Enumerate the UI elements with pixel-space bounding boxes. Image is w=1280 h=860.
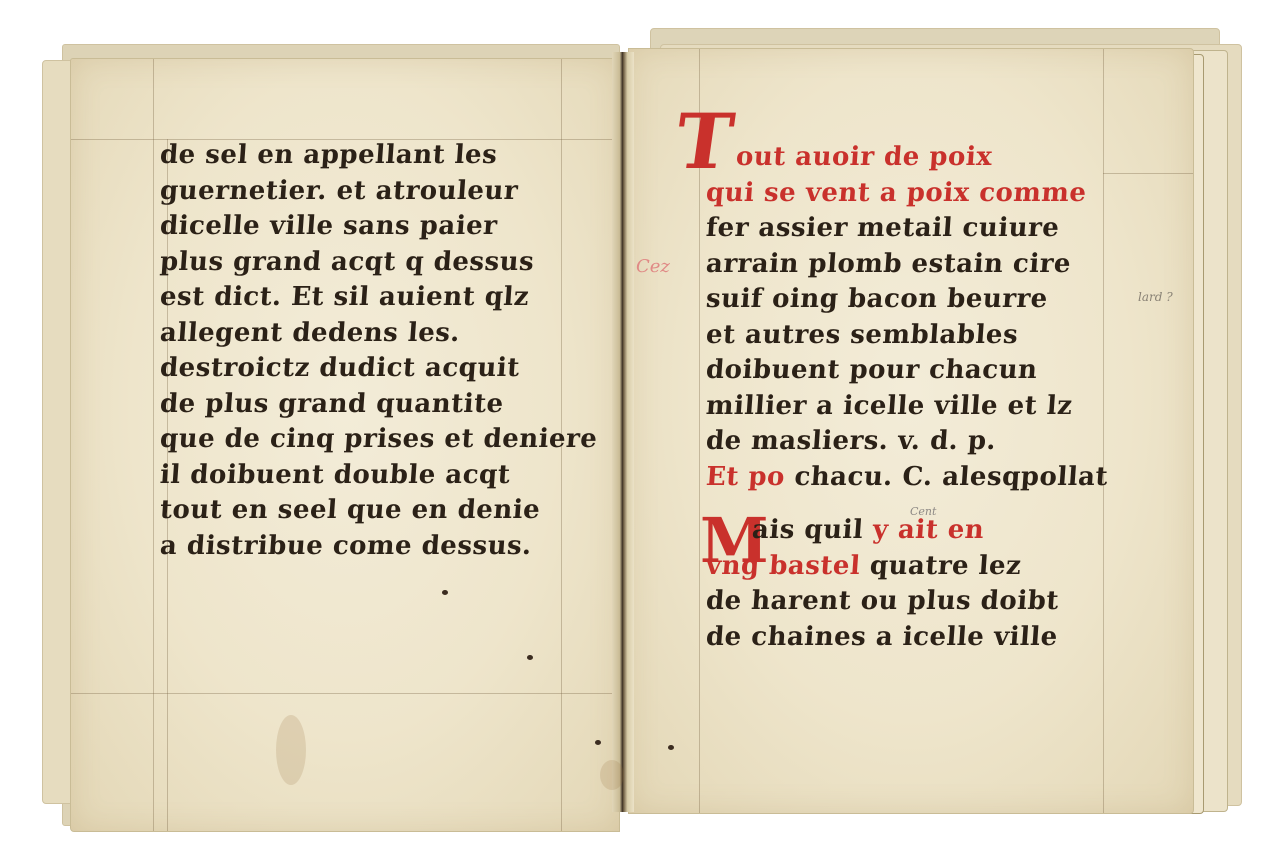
- text-fragment: chacu. C. alesqpollat: [784, 462, 1109, 492]
- text-line: de masliers. v. d. p.: [705, 424, 1147, 460]
- text-line: tout en seel que en denie: [159, 493, 601, 529]
- show-through-text: [140, 560, 148, 586]
- text-line: et autres semblables: [705, 318, 1147, 354]
- left-page-text: de sel en appellant les guernetier. et a…: [160, 138, 600, 564]
- rubric-fragment: vng bastel: [705, 551, 861, 581]
- rubric-fragment: y ait en: [872, 515, 985, 545]
- worm-hole: [442, 590, 448, 595]
- worm-hole: [527, 655, 533, 660]
- rubric-fragment: Et po: [705, 462, 786, 492]
- text-line: millier a icelle ville et lz: [705, 389, 1147, 425]
- text-line-mixed: vng bastel quatre lez: [705, 549, 1147, 585]
- text-line: il doibuent double acqt: [159, 458, 601, 494]
- text-line: arrain plomb estain cire: [705, 247, 1147, 283]
- margin-note-lard: lard ?: [1138, 290, 1173, 304]
- text-line: plus grand acqt q dessus: [159, 245, 601, 281]
- text-line: allegent dedens les.: [159, 316, 601, 352]
- text-line: que de cinq prises et deniere: [159, 422, 601, 458]
- text-fragment: ais quil: [751, 515, 874, 545]
- text-line: suif oing bacon beurre: [705, 282, 1147, 318]
- text-line: de chaines a icelle ville: [705, 620, 1147, 656]
- ruling-line: [153, 59, 154, 831]
- right-page-text: out auoir de poix qui se vent a poix com…: [706, 140, 1146, 655]
- text-fragment: quatre lez: [859, 551, 1022, 581]
- text-line: est dict. Et sil auient qlz: [159, 280, 601, 316]
- rubric-line: out auoir de poix: [705, 140, 1147, 176]
- worm-hole: [668, 745, 674, 750]
- worm-hole: [595, 740, 601, 745]
- text-line: dicelle ville sans paier: [159, 209, 601, 245]
- water-stain: [276, 715, 306, 785]
- water-stain: [600, 760, 624, 790]
- text-line-mixed: Et po chacu. C. alesqpollat: [705, 460, 1147, 496]
- book-gutter: [612, 52, 634, 812]
- text-line: de harent ou plus doibt: [705, 584, 1147, 620]
- text-line-mixed: ais quil y ait en: [705, 513, 1147, 549]
- text-line: de sel en appellant les: [159, 138, 601, 174]
- margin-note-cent: Cent: [910, 505, 936, 518]
- text-line: destroictz dudict acquit: [159, 351, 601, 387]
- rubric-line: qui se vent a poix comme: [705, 176, 1147, 212]
- text-line: de plus grand quantite: [159, 387, 601, 423]
- text-line: fer assier metail cuiure: [705, 211, 1147, 247]
- text-line: doibuent pour chacun: [705, 353, 1147, 389]
- text-line: a distribue come dessus.: [159, 529, 601, 565]
- margin-note-cez: Cez: [636, 256, 670, 277]
- text-line: guernetier. et atrouleur: [159, 174, 601, 210]
- open-manuscript: de sel en appellant les guernetier. et a…: [0, 0, 1280, 860]
